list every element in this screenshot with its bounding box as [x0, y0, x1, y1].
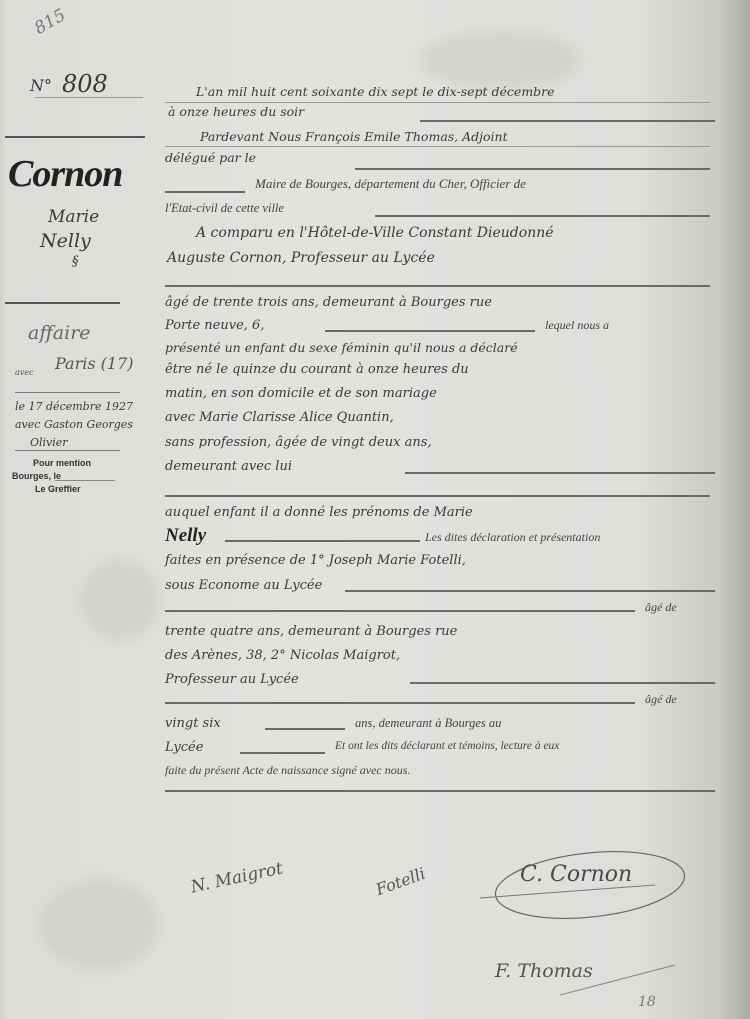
record-line: âgé de	[645, 600, 677, 615]
margin-surname: Cornon	[8, 152, 122, 196]
annotation-place: Paris (17)	[55, 354, 134, 373]
record-line: délégué par le	[165, 150, 256, 165]
annotation-prefix: avec	[15, 368, 34, 377]
record-line: lequel nous a	[545, 318, 609, 333]
record-line: Nelly	[165, 525, 206, 547]
record-line: âgé de trente trois ans, demeurant à Bou…	[165, 295, 492, 310]
record-line: Et ont les dits déclarant et témoins, le…	[335, 740, 559, 752]
record-line: faite du présent Acte de naissance signé…	[165, 763, 410, 778]
record-line: à onze heures du soir	[168, 104, 304, 119]
margin-given-name-1: Marie	[48, 207, 99, 227]
signature-thomas-flourish	[560, 960, 680, 1000]
annotation-spouse: avec Gaston Georges	[15, 418, 133, 431]
margin-given-name-2: Nelly	[40, 230, 91, 252]
record-line: faites en présence de 1° Joseph Marie Fo…	[165, 553, 466, 568]
annotation-date: le 17 décembre 1927	[15, 400, 133, 413]
margin-sex-mark: §	[72, 254, 79, 269]
record-line: auquel enfant il a donné les prénoms de …	[165, 505, 473, 520]
record-line: A comparu en l'Hôtel-de-Ville Constant D…	[196, 225, 554, 241]
record-line: des Arènes, 38, 2° Nicolas Maigrot,	[165, 648, 400, 663]
folio-number: 815	[31, 5, 69, 39]
signature-fotelli: Fotelli	[373, 864, 428, 899]
record-line: être né le quinze du courant à onze heur…	[165, 362, 469, 377]
record-line: Les dites déclaration et présentation	[425, 530, 600, 545]
record-line: Professeur au Lycée	[165, 672, 299, 687]
record-line: ans, demeurant à Bourges au	[355, 716, 501, 731]
record-line: présenté un enfant du sexe féminin qu'il…	[165, 340, 518, 355]
margin-divider-2	[5, 302, 120, 304]
record-number-label: N°	[30, 76, 52, 95]
record-line: âgé de	[645, 692, 677, 707]
signature-cornon: C. Cornon	[520, 862, 632, 887]
document-page: 815 N° 808 Cornon Marie Nelly § affaire …	[0, 0, 750, 1019]
record-line: sous Econome au Lycée	[165, 578, 322, 593]
stamp-pour-mention: Pour mention	[33, 458, 91, 468]
record-line: Maire de Bourges, département du Cher, O…	[255, 176, 526, 192]
margin-divider	[5, 136, 145, 138]
page-footer-mark: 18	[638, 994, 656, 1010]
annotation-line-1: affaire	[28, 322, 91, 344]
signature-maigrot: N. Maigrot	[189, 858, 285, 897]
record-line: l'Etat-civil de cette ville	[165, 201, 284, 216]
record-line: Auguste Cornon, Professeur au Lycée	[167, 250, 435, 266]
record-line: avec Marie Clarisse Alice Quantin,	[165, 410, 394, 425]
annotation-spouse-surname: Olivier	[30, 436, 68, 449]
record-line: sans profession, âgée de vingt deux ans,	[165, 435, 432, 450]
record-number: 808	[62, 70, 108, 98]
record-line: L'an mil huit cent soixante dix sept le …	[196, 84, 555, 99]
stamp-greffier: Le Greffier	[35, 484, 81, 494]
record-line: matin, en son domicile et de son mariage	[165, 386, 437, 401]
record-line: Porte neuve, 6,	[165, 318, 264, 333]
record-line: vingt six	[165, 716, 221, 731]
stamp-bourges: Bourges, le	[12, 471, 61, 481]
record-line: Pardevant Nous François Emile Thomas, Ad…	[200, 129, 508, 144]
record-line: trente quatre ans, demeurant à Bourges r…	[165, 624, 457, 639]
record-line: demeurant avec lui	[165, 459, 292, 474]
record-line: Lycée	[165, 740, 203, 755]
